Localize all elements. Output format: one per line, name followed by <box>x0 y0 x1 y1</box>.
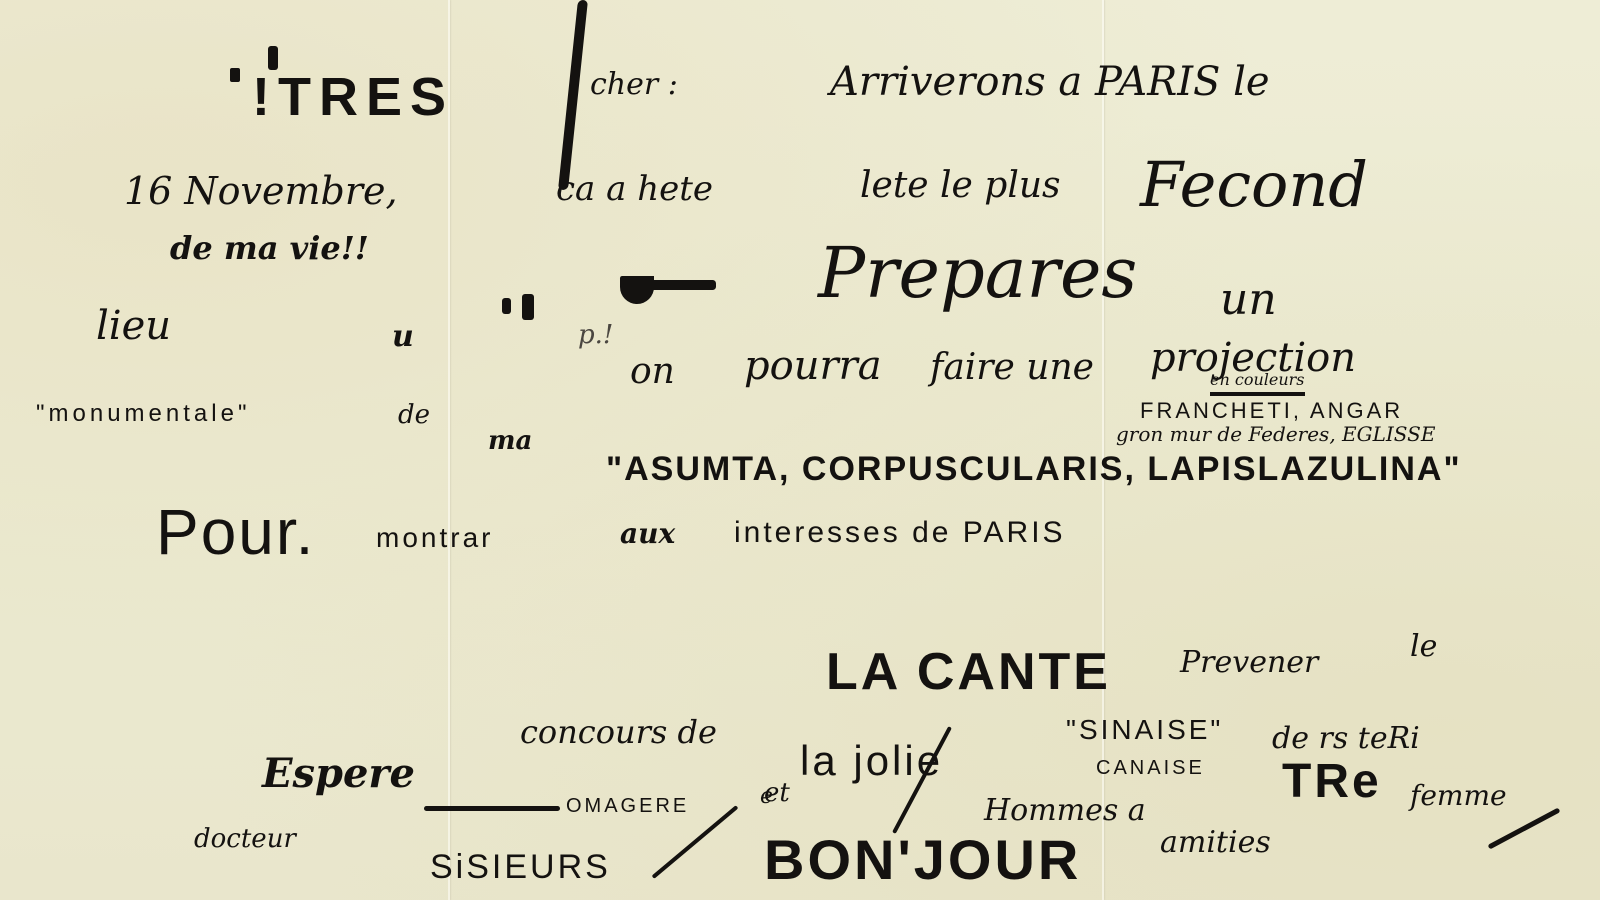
text-gran-mur: gron mur de Federes, EGLISSE <box>1116 424 1435 444</box>
text-mysteri: de rs teRi <box>1272 724 1420 754</box>
text-hommes: Hommes a <box>984 796 1146 826</box>
text-montrar: montrar <box>376 524 493 552</box>
text-on: on <box>630 354 675 390</box>
text-faire-une: faire une <box>930 350 1094 386</box>
text-e: e <box>760 786 773 808</box>
text-le: le <box>1410 632 1437 662</box>
text-pourra: pourra <box>744 346 882 386</box>
ink-stroke <box>424 806 560 811</box>
text-la-cante: LA CANTE <box>826 646 1111 698</box>
ink-dot <box>522 294 534 320</box>
text-espere: Espere <box>262 754 415 794</box>
text-line2-mid: ca a hete <box>556 172 713 206</box>
text-sieurs: SiSIEURS <box>430 850 611 884</box>
text-prepares: Prepares <box>818 238 1137 308</box>
text-docteur: docteur <box>194 826 296 852</box>
ink-blot <box>620 276 654 304</box>
text-de-ma-vie: de ma vie!! <box>170 232 369 264</box>
text-prevener: Prevener <box>1180 648 1318 678</box>
text-amities: amities <box>1160 828 1271 858</box>
text-francheti: FRANCHETI, ANGAR <box>1140 400 1403 422</box>
text-interesses-de-paris: interesses de PARIS <box>734 518 1066 548</box>
text-ma: ma <box>488 428 532 454</box>
letter-paper: !TRES cher : Arriverons a PARIS le 16 No… <box>0 0 1600 900</box>
text-aux: aux <box>620 520 675 548</box>
text-de: de <box>398 402 430 428</box>
text-date: 16 Novembre, <box>124 172 398 210</box>
text-fecond: Fecond <box>1140 154 1368 216</box>
text-bonjour: BON'JOUR <box>764 832 1081 888</box>
ink-stroke <box>558 0 588 190</box>
text-u: u <box>392 322 414 352</box>
text-omagere: OMAGERE <box>566 796 689 816</box>
text-pour: Pour. <box>156 500 315 564</box>
greeting-tres: !TRES <box>252 70 454 124</box>
ink-dot <box>502 298 511 314</box>
text-en-couleurs: en couleurs <box>1210 372 1305 396</box>
text-canaise: CANAISE <box>1096 758 1205 778</box>
text-un: un <box>1220 278 1277 322</box>
text-asumta-title: "ASUMTA, CORPUSCULARIS, LAPISLAZULINA" <box>606 452 1462 486</box>
text-arriverons: Arriverons a PARIS le <box>830 62 1270 102</box>
greeting-cher: cher : <box>590 70 678 100</box>
text-line2-right: lete le plus <box>860 168 1061 204</box>
text-sinaise: "SINAISE" <box>1066 716 1223 744</box>
text-concours: concours de <box>520 716 717 748</box>
text-lieu: lieu <box>96 306 171 346</box>
ink-stroke <box>1488 808 1561 850</box>
paper-fold-line <box>448 0 450 900</box>
text-femme: femme <box>1410 782 1507 810</box>
text-monumentale: "monumentale" <box>36 402 250 426</box>
text-tre: TRe <box>1282 758 1382 806</box>
text-mark: p.! <box>578 322 613 348</box>
ink-dot <box>230 68 240 82</box>
